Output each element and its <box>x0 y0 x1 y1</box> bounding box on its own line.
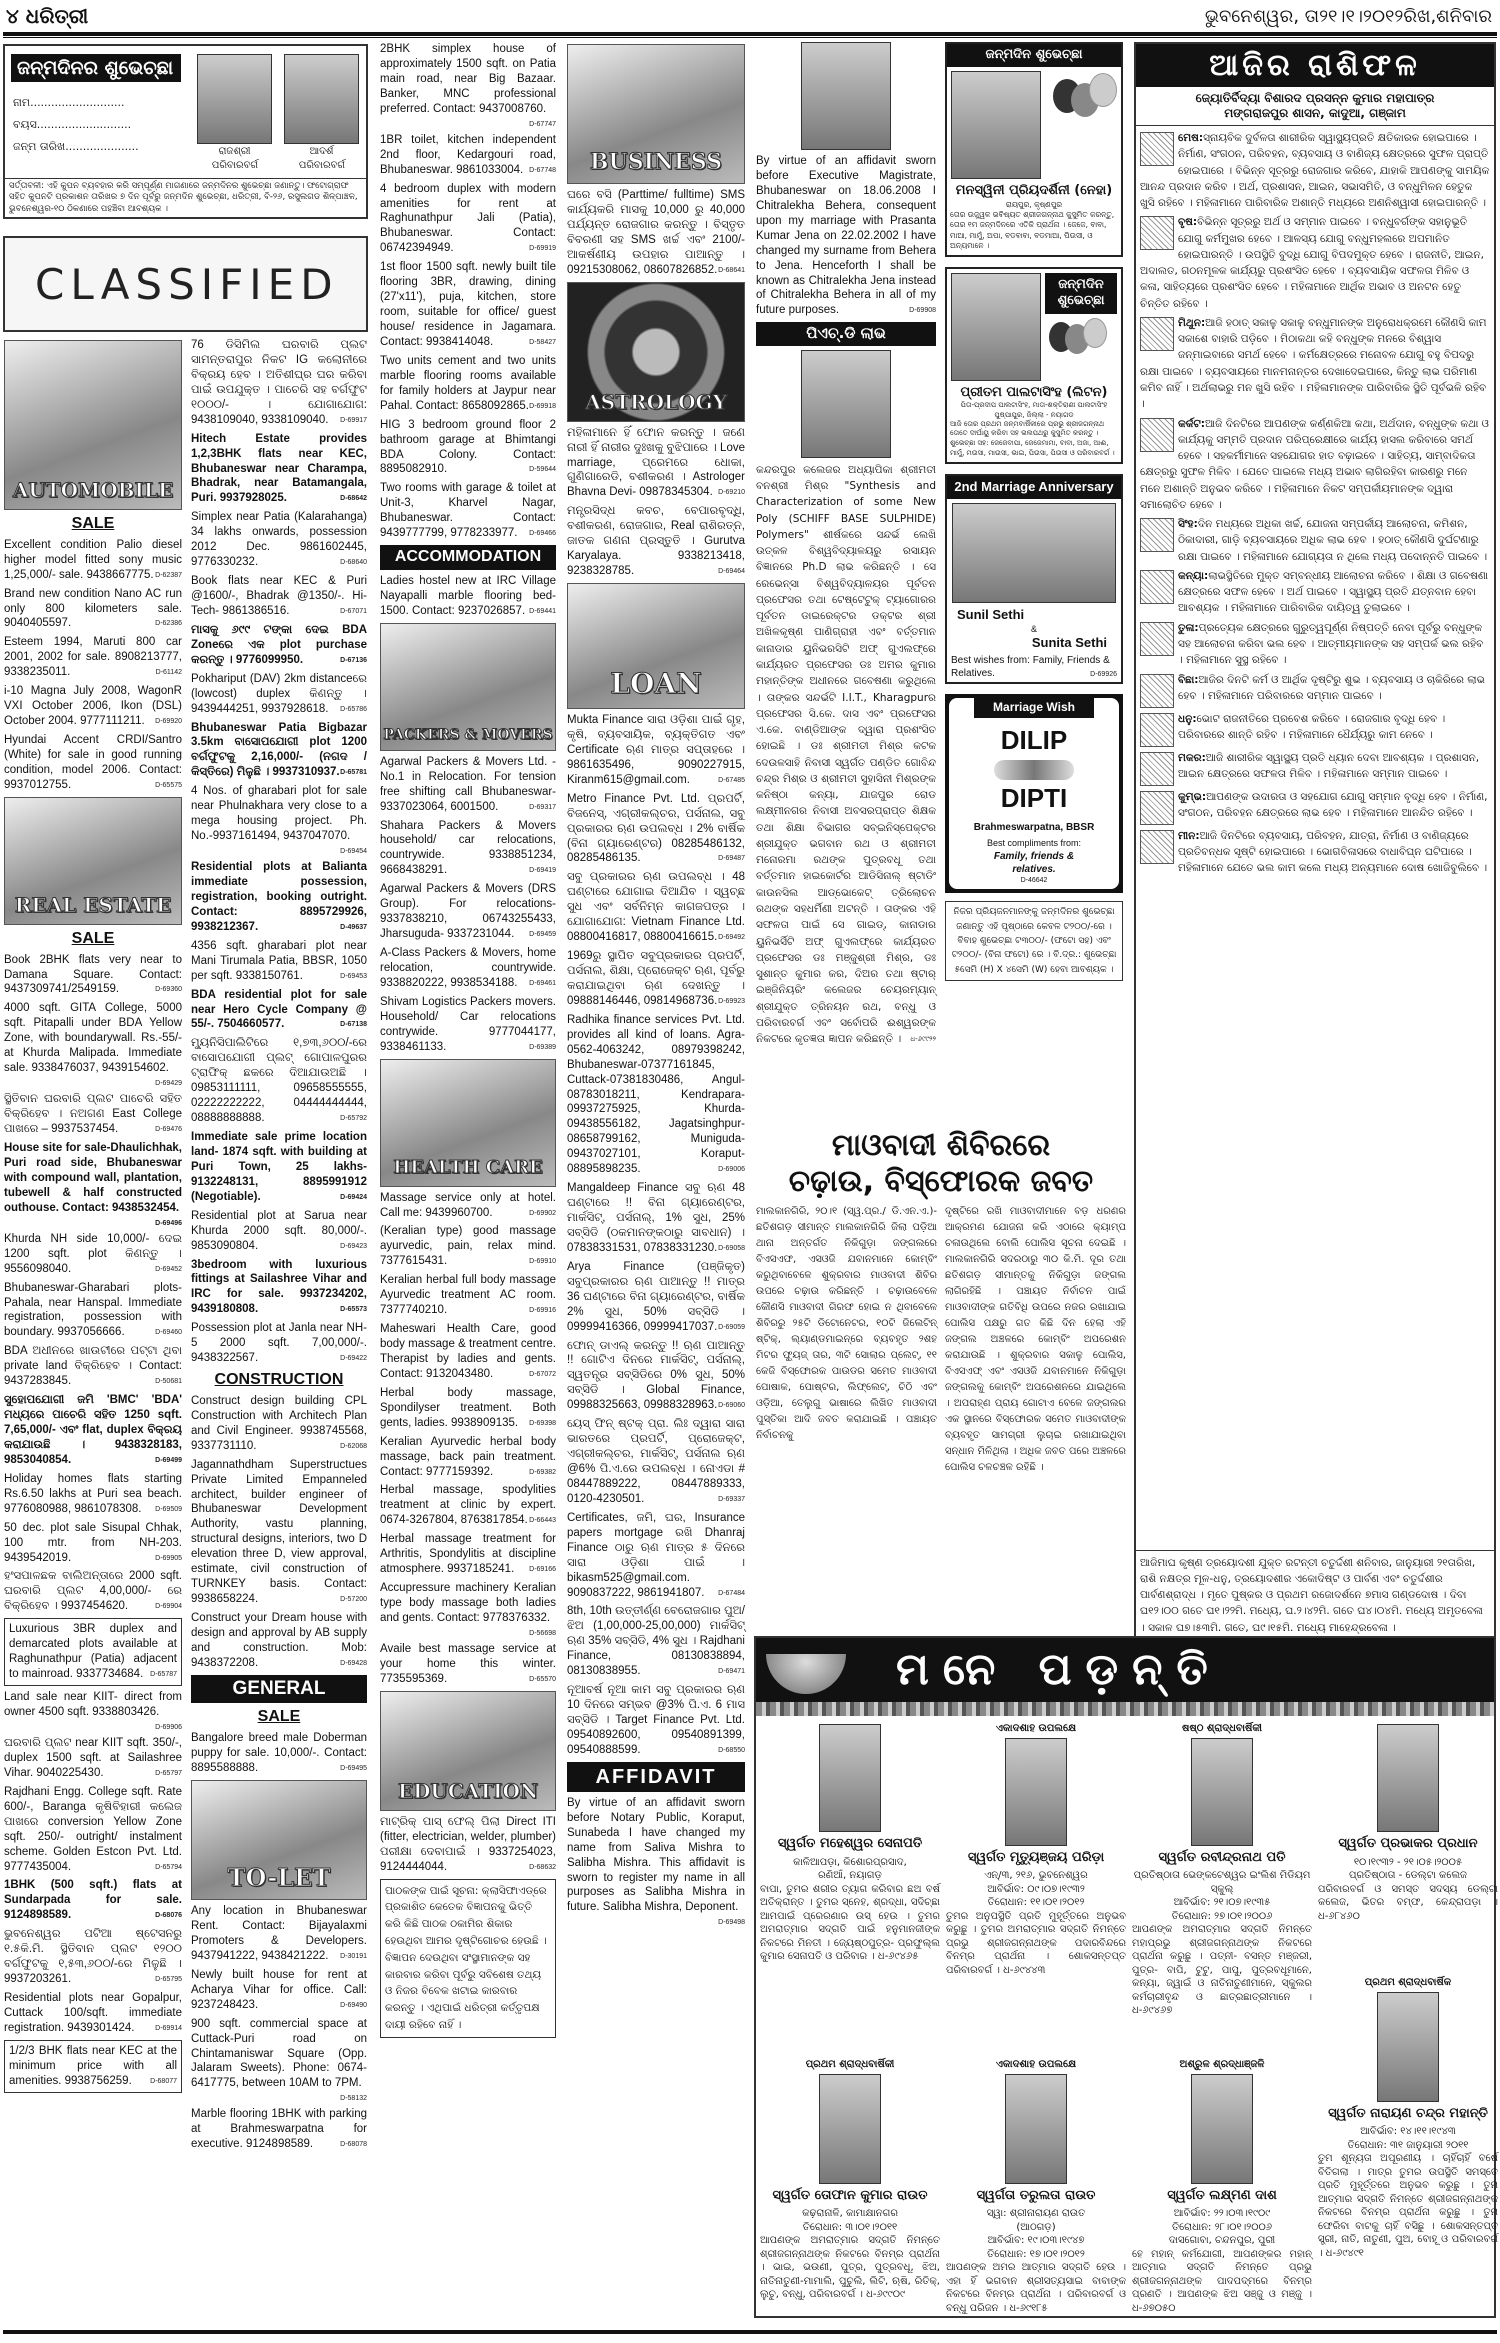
zodiac-sign: କର୍କଟ:ଆଜି ଦିନଟିରେ ଆପଣଙ୍କ କର୍ଣ୍ଣକିଆ କଥା, … <box>1140 416 1490 514</box>
classified-ad: 1BR toilet, kitchen independent 2nd floo… <box>380 133 556 178</box>
bday2-name: ପ୍ରୀତମ ପାଲଟାସିଂହ (ଲିଟନ) <box>947 385 1121 402</box>
headline-line-1: ମାଓବାଦୀ ଶିବିରରେ <box>756 1128 1126 1164</box>
classified-ad: HIG 3 bedroom ground floor 2 bathroom ga… <box>380 418 556 478</box>
classified-ad: Simplex near Patia (Kalarahanga) 34 lakh… <box>191 510 367 570</box>
ad-code: D-69496 <box>155 1219 182 1228</box>
classified-ad: 4356 sqft. gharabari plot near Mani Tiru… <box>191 939 367 984</box>
classified-ad: Possession plot at Janla near NH-5 2000 … <box>191 1321 367 1366</box>
ad-code: D-62387 <box>155 571 182 580</box>
ad-code: D-69920 <box>155 717 182 726</box>
ad-code: D-69210 <box>718 488 745 497</box>
classified-ad: i-10 Magna July 2008, WagonR VXI October… <box>4 684 182 729</box>
ad-code: D-69422 <box>340 1354 367 1363</box>
classified-ad: Newly built house for rent at Acharya Vi… <box>191 1968 367 2013</box>
anniv-name-2: Sunita Sethi <box>947 635 1121 652</box>
column-4: BUSINESS ଘରେ ବସି (Parttime/ fulltime) SM… <box>567 42 745 1931</box>
classified-ad: Book flats near KEC & Puri @1600/-, Bhad… <box>191 574 367 619</box>
classified-ad: Keralian herbal full body massage Ayurve… <box>380 1273 556 1318</box>
bday1-name: ମନସ୍ୱିନୀ ପ୍ରିୟଦର୍ଶିନୀ (ନେହା) <box>947 183 1121 200</box>
classified-ad: Hitech Estate provides 1,2,3BHK flats ne… <box>191 432 367 507</box>
re-sale-heading: SALE <box>4 929 182 950</box>
classified-ad: By virtue of an affidavit sworn before N… <box>567 1796 745 1928</box>
classified-ad: Residential plots near Gopalpur, Cuttack… <box>4 1991 182 2036</box>
ad-code: D-67747 <box>529 120 556 129</box>
classified-ad: Residential plot at Sarua near Khurda 20… <box>191 1209 367 1254</box>
ad-code: D-69453 <box>340 972 367 981</box>
obituary-item: ଏକାଦଶାହ ଉପଲକ୍ଷେସ୍ୱର୍ଗତା ତରୁଲତା ରାଉତସ୍ୱା:… <box>946 2058 1126 2315</box>
deceased-name: ସ୍ୱର୍ଗତ ମୃତ୍ୟୁଞ୍ଜୟ ପରିଡ଼ା <box>946 1849 1126 1867</box>
column-6: ଜନ୍ମଦିନ ଶୁଭେଚ୍ଛା ମନସ୍ୱିନୀ ପ୍ରିୟଦର୍ଶିନୀ (… <box>945 42 1123 985</box>
ad-code: D-50681 <box>155 1377 182 1386</box>
deceased-name: ସ୍ୱର୍ଗତ ନାରାୟଣ ଚନ୍ଦ୍ର ମହାନ୍ତି <box>1318 2105 1498 2123</box>
classified-ad: 900 sqft. commercial space at Cuttack-Pu… <box>191 2017 367 2104</box>
header-rule <box>3 32 1497 38</box>
classified-ad: A-Class Packers & Movers, home relocatio… <box>380 946 556 991</box>
ad-code: D-69441 <box>529 607 556 616</box>
zodiac-sign: ମୀନ:ଆଜି ଦିନଟିରେ ବ୍ୟବସାୟ, ପରିବହନ, ଯାତ୍ରା,… <box>1140 828 1490 877</box>
business-ads-list: ଘରେ ବସି (Parttime/ fulltime) SMS କାର୍ଯ୍ୟ… <box>567 188 745 278</box>
ad-code: D-65786 <box>340 705 367 714</box>
classified-ad: ସ୍ଥିତିବାନ ଘରବାରି ପ୍ଲଟ ପାଚେରି ସହିତ ବିକ୍ରି… <box>4 1092 182 1137</box>
ad-code: D-69059 <box>718 1323 745 1332</box>
accommodation-ads-list: Ladies hostel new at IRC Village Nayapal… <box>380 574 556 619</box>
packers-ads-list: Agarwal Packers & Movers Ltd. - No.1 in … <box>380 755 556 1055</box>
accommodation-banner: ACCOMMODATION <box>380 545 556 570</box>
deceased-name: ସ୍ୱର୍ଗତ ପ୍ରଭାକର ପ୍ରଧାନ <box>1318 1835 1498 1853</box>
zodiac-sign: କୁମ୍ଭ:ଆପଣଙ୍କ ଉଦାରତା ଓ ସହଯୋଗ ଯୋଗୁ ସମ୍ମାନ … <box>1140 789 1490 825</box>
oil-lamp-icon <box>766 1654 846 1694</box>
ad-code: D-66443 <box>529 1516 556 1525</box>
ad-code: D-69419 <box>529 866 556 875</box>
ad-code: D-65794 <box>155 1863 182 1872</box>
obituary-item: ସ୍ୱର୍ଗତ ମହେଶ୍ୱର ସେନାପତିକାଳିଆପଡ଼ା, କିଶୋରପ… <box>760 1722 940 1964</box>
deceased-name: ସ୍ୱର୍ଗତ ରବୀନ୍ଦ୍ରନାଥ ପତି <box>1132 1849 1312 1867</box>
zodiac-sign: ବିଛା:ଆଜିର ଦିନଟି କର୍ମ ଓ ଆର୍ଥିକ ଦୃଷ୍ଟିରୁ ଶ… <box>1140 672 1490 708</box>
general-banner: GENERAL <box>191 1675 367 1704</box>
affidavit-notice: By virtue of an affidavit sworn before E… <box>756 154 936 318</box>
obituary-photo <box>1191 2074 1253 2184</box>
zodiac-sign: ମିଥୁନ:ଆଜି ହଠାତ୍ ସକାଳୁ ସକାଳୁ ବନ୍ଧୁମାନଙ୍କ … <box>1140 315 1490 413</box>
anniv-name-1: Sunil Sethi <box>947 607 1121 624</box>
classified-ad: 4 Nos. of gharabari plot for sale near P… <box>191 784 367 856</box>
phd-photo <box>801 350 891 458</box>
loan-image: LOAN <box>567 583 745 709</box>
ad-code: D-69499 <box>155 1456 182 1465</box>
classified-ad: House site for sale-Dhaulichhak, Puri ro… <box>4 1141 182 1228</box>
classified-ad: Herbal body massage, Spondilyser treatme… <box>380 1386 556 1431</box>
groom-name: DILIP <box>949 724 1119 758</box>
ad-code: D-69490 <box>340 2001 367 2010</box>
ad-code: D-69916 <box>529 1306 556 1315</box>
ad-code: D-69487 <box>718 854 745 863</box>
obituary-photo <box>1005 1738 1067 1846</box>
classified-ad: Two units cement and two units marble fl… <box>380 354 556 414</box>
zodiac-icon <box>1140 752 1174 786</box>
news-story: ମାଓବାଦୀ ଶିବିରରେ ଚଢ଼ାଉ, ବିସ୍ଫୋରକ ଜବତ ମାଲକ… <box>756 1128 1126 1476</box>
ad-code: D-69492 <box>718 933 745 942</box>
bday1-title: ଜନ୍ମଦିନ ଶୁଭେଚ୍ଛା <box>947 44 1121 67</box>
obituary-banner: ମନେ ପଡ଼ନ୍ତି <box>756 1638 1494 1716</box>
ad-code: D-67485 <box>718 776 745 785</box>
classified-ad: (Keralian type) good massage ayurvedic, … <box>380 1224 556 1269</box>
ad-code: D-69360 <box>155 985 182 994</box>
classified-ad: Shivam Logistics Packers movers. Househo… <box>380 995 556 1055</box>
ad-code: D-69917 <box>340 416 367 425</box>
ad-code: D-56698 <box>529 1629 556 1638</box>
tolet-image: TO-LET <box>191 1780 367 1900</box>
boxed-ad: Luxurious 3BR duplex and demarcated plot… <box>4 1618 182 1686</box>
zodiac-icon <box>1140 622 1174 656</box>
zodiac-icon <box>1140 570 1174 604</box>
ad-code: D-67071 <box>340 607 367 616</box>
loan-ads-list: Mukta Finance ସାରା ଓଡ଼ିଶା ପାଇଁ ଗୃହ, କୃଷି… <box>567 713 745 1758</box>
healthcare-image: HEALTH CARE <box>380 1059 556 1187</box>
balloons-icon <box>1045 71 1117 179</box>
birthday-wish-1: ଜନ୍ମଦିନ ଶୁଭେଚ୍ଛା ମନସ୍ୱିନୀ ପ୍ରିୟଦର୍ଶିନୀ (… <box>945 42 1123 257</box>
astrologer-name: ଜ୍ୟୋତିର୍ବିଦ୍ୟା ବିଶାରଦ ପ୍ରସନ୍ନ କୁମାର ମହାପ… <box>1136 91 1494 106</box>
classified-ad: Bhubaneswar Patia Bigbazar 3.5km ବାସୋପଯୋ… <box>191 721 367 781</box>
date-line: ଭୁବନେଶ୍ୱର, ତା୨୧।୧।୨୦୧୨ରିଖ,ଶନିବାର <box>1205 6 1492 27</box>
classified-ad: 1st floor 1500 sqft. newly built tile fl… <box>380 260 556 350</box>
zodiac-sign: ମେଷ:ସ୍ନାୟବିକ ଦୁର୍ବଳତା ଶାରୀରିକ ସ୍ୱାସ୍ଥ୍ୟପ… <box>1140 130 1490 211</box>
classified-ad: Rajdhani Engg. College sqft. Rate 600/-,… <box>4 1785 182 1875</box>
classified-ad: 50 dec. plot sale Sisupal Chhak, 100 mtr… <box>4 1521 182 1566</box>
ad-code: D-65575 <box>155 781 182 790</box>
column-5: By virtue of an affidavit sworn before E… <box>756 42 936 1051</box>
ad-code: D-69424 <box>340 1193 367 1202</box>
zodiac-sign: ଧନୁ:ଭୋଟ ରାଜନୀତିରେ ପ୍ରବେଶ କରିବେ । ରୋଜଗାର … <box>1140 711 1490 747</box>
zodiac-icon <box>1140 216 1174 250</box>
marriage-wish-ad: Marriage Wish DILIP DIPTI Brahmeswarpatn… <box>945 694 1123 893</box>
classified-ad: ମନ୍ତ୍ରସିଦ୍ଧ କବଚ, ବେପାରବୃଦ୍ଧି, ବଶୀକରଣ, ରୋ… <box>567 504 745 579</box>
classified-ad: Residential plots at Balianta immediate … <box>191 860 367 935</box>
ad-code: D-49637 <box>340 923 367 932</box>
classified-ad: Any location in Bhubaneswar Rent. Contac… <box>191 1904 367 1964</box>
classified-ad: Book 2BHK flats very near to Damana Squa… <box>4 953 182 998</box>
classified-ad: ଘରବାରି ପ୍ଲଟ near KIIT sqft. 350/-, duple… <box>4 1736 182 1781</box>
ad-code: D-69058 <box>718 1244 745 1253</box>
classified-ad: 4 bedroom duplex with modern amenities f… <box>380 182 556 257</box>
ad-code: D-57200 <box>340 1595 367 1604</box>
ad-code: D-65795 <box>155 1975 182 1984</box>
ad-code: D-68076 <box>155 1911 182 1920</box>
ad-code: D-58427 <box>529 338 556 347</box>
obituary-item: ସ୍ୱର୍ଗତ ପ୍ରଭାକର ପ୍ରଧାନ୧୦।୧୯୩୨ - ୨୧।୦୫।୨୦… <box>1318 1722 1498 1923</box>
classified-ad: Mukta Finance ସାରା ଓଡ଼ିଶା ପାଇଁ ଗୃହ, କୃଷି… <box>567 713 745 788</box>
classified-ad: ହଂସପାଳଛକ ବାଲିଅନ୍ତାରେ 2000 sqft. ଘରବାରି ପ… <box>4 1569 182 1614</box>
classified-ad: Land sale near KIIT- direct from owner 4… <box>4 1690 182 1732</box>
realestate-image: REAL ESTATE <box>4 797 182 925</box>
ad-code: D-68641 <box>718 266 745 275</box>
phd-banner: ପିଏଚ୍.ଡି ଲାଭ <box>756 322 936 346</box>
ad-code: D-69454 <box>340 847 367 856</box>
real-estate-ads-list: Book 2BHK flats very near to Damana Squa… <box>4 953 182 1615</box>
ad-code: D-69466 <box>529 529 556 538</box>
classified-ad: 1BHK (500 sqft.) flats at Sundarpada for… <box>4 1878 182 1923</box>
ad-code: D-69461 <box>529 979 556 988</box>
ad-code: D-69060 <box>718 1401 745 1410</box>
classified-ad: ମହିଳାମାନେ ହିଁ ଫୋନ କରନ୍ତୁ । ଜଣେ ନାରୀ ହିଁ … <box>567 426 745 501</box>
phd-text: କନ୍ଦରପୁର କଲେଜର ଅଧ୍ୟାପିକା ଶ୍ରୀମତୀ ବନଶ୍ରୀ … <box>756 462 936 1048</box>
ad-code: D-69382 <box>529 1468 556 1477</box>
health-ads-list: Massage service only at hotel. Call me: … <box>380 1191 556 1687</box>
classified-ad: Construct design building CPL Constructi… <box>191 1394 367 1454</box>
affidavit-photo <box>801 42 891 150</box>
obituary-item: ଷଷ୍ଠ ଶ୍ରାଦ୍ଧବାର୍ଷିକୀସ୍ୱର୍ଗତ ରବୀନ୍ଦ୍ରନାଥ … <box>1132 1722 1312 2018</box>
obituary-item: ପ୍ରଥମ ଶ୍ରାଦ୍ଧବାର୍ଷିକୀସ୍ୱର୍ଗତ ତୋଫାନ କୁମାର… <box>760 2058 940 2302</box>
classified-ad: Immediate sale prime location land- 1874… <box>191 1130 367 1205</box>
classified-ad: Pokhariput (DAV) 2km distanceରେ (lowcost… <box>191 672 367 717</box>
classified-ad: Bhubaneswar-Gharabari plots-Pahala, near… <box>4 1281 182 1341</box>
headline-line-2: ଚଢ଼ାଉ, ବିସ୍ଫୋରକ ଜବତ <box>756 1164 1126 1200</box>
classified-ad: Agarwal Packers & Movers Ltd. - No.1 in … <box>380 755 556 815</box>
ad-code: D-69471 <box>718 1667 745 1676</box>
column-3: 2BHK simplex house of approximately 1500… <box>380 42 556 2042</box>
obituary-photo <box>819 2074 881 2184</box>
reader-notice: ପାଠକଙ୍କ ପାଇଁ ସୂଚନା: କ୍ଲାସିଫାଏଡ୍‌ରେ ପ୍ରକା… <box>380 1879 556 2038</box>
ad-code: D-65797 <box>155 1769 182 1778</box>
classified-ad: ଭୁବନେଶ୍ୱର ପଟିଆ ଷ୍ଟେସନରୁ ୧.୫କି.ମି. ସ୍ଥିତି… <box>4 1927 182 1987</box>
ad-code: D-69509 <box>155 1505 182 1514</box>
ad-code: D-65570 <box>529 1675 556 1684</box>
ad-code: D-68078 <box>340 2140 367 2149</box>
astrologer-address: ମଙ୍ଗରାଜପୁର ଶାସନ, କାଦୁଆ, ଗଞ୍ଜାମ <box>1136 106 1494 126</box>
classified-ad: Radhika finance services Pvt. Ltd. provi… <box>567 1013 745 1177</box>
coupon-title: ଜନ୍ମଦିନର ଶୁଭେଚ୍ଛା <box>11 54 181 82</box>
bday1-photo <box>951 71 1041 179</box>
classified-ad: ମାଟ୍ରିକ୍ ପାସ୍ ଫେଲ୍ ପିଲା Direct ITI (fitt… <box>380 1815 556 1875</box>
coupon-field-age: ବୟସ........................... <box>13 118 131 132</box>
handshake-icon <box>994 760 1074 780</box>
child-family-1: ପରିବାରବର୍ଗ <box>190 160 280 171</box>
page-header: ୪ ଧରିତ୍ରୀ ଭୁବନେଶ୍ୱର, ତା୨୧।୧।୨୦୧୨ରିଖ,ଶନିବ… <box>0 0 1500 36</box>
child-photo-2 <box>284 54 359 144</box>
obituary-photo <box>1377 1992 1439 2102</box>
story-column-a: ମାଲକାନଗିରି, ୨୦।୧ (ସ୍ୱ.ପ୍ର./ ଡି.ଏନ.ଏ.)-ଛତ… <box>756 1204 937 1476</box>
ad-code: D-69914 <box>155 2024 182 2033</box>
ad-code: D-67484 <box>718 1589 745 1598</box>
deceased-name: ସ୍ୱର୍ଗତ ମହେଶ୍ୱର ସେନାପତି <box>760 1835 940 1853</box>
ad-code: D-68642 <box>340 494 367 503</box>
education-ads-list: ମାଟ୍ରିକ୍ ପାସ୍ ଫେଲ୍ ପିଲା Direct ITI (fitt… <box>380 1815 556 1875</box>
zodiac-sign: ବୃଷ:ବିଭିନ୍ନ ସୂତ୍ରରୁ ଅର୍ଥ ଓ ସମ୍ମାନ ପାଇବେ … <box>1140 214 1490 312</box>
ad-code: D-67748 <box>529 166 556 175</box>
classified-ad: ଫୋନ୍ ଡାଏଲ୍ କରନ୍ତୁ !! ଋଣ ପାଆନ୍ତୁ !! ଗୋଟିଏ… <box>567 1339 745 1414</box>
ad-code: D-61142 <box>156 668 182 677</box>
ad-code: D-69918 <box>529 402 556 411</box>
rates-box: ନିଜର ପ୍ରିୟଜନମାନଙ୍କୁ ଜନ୍ମଦିନର ଶୁଭେଚ୍ଛା ଜଣ… <box>945 901 1123 981</box>
classified-ad: ଘରେ ବସି (Parttime/ fulltime) SMS କାର୍ଯ୍ୟ… <box>567 188 745 278</box>
ad-code: D-65781 <box>340 768 367 777</box>
classified-ad: Keralian Ayurvedic herbal body massage, … <box>380 1435 556 1480</box>
bday2-photo <box>951 273 1041 381</box>
general-ads-list: Bangalore breed male Doberman puppy for … <box>191 1731 367 1776</box>
ad-code: D-69429 <box>155 1079 182 1088</box>
ad-code: D-62386 <box>155 619 182 628</box>
automobile-image: AUTOMOBILE <box>4 340 182 510</box>
classified-ad: Agarwal Packers & Movers (DRS Group). Fo… <box>380 882 556 942</box>
zodiac-icon <box>1140 713 1174 747</box>
classified-ad: 4000 sqft. GITA College, 5000 sqft. Pita… <box>4 1001 182 1088</box>
classified-ad: ମାସକୁ ୬୯୯ ଟଙ୍କା ଦେଇ BDA Zoneରେ ଏକ plot p… <box>191 623 367 668</box>
classified-ad: Hyundai Accent CRDI/Santro (White) for s… <box>4 733 182 793</box>
classified-ad: BDA residential plot for sale near Hero … <box>191 988 367 1033</box>
classified-ad: Accupressure machinery Keralian type bod… <box>380 1581 556 1638</box>
ad-code: D-69910 <box>529 1257 556 1266</box>
classified-ad: Herbal massage treatment for Arthritis, … <box>380 1532 556 1577</box>
classified-logo: CLASSIFIED <box>3 236 368 332</box>
classified-ad: Khurda NH side 10,000/- ଦେଇ 1200 sqft. p… <box>4 1232 182 1277</box>
zodiac-icon <box>1140 830 1174 864</box>
birthday-wish-2: ଜନ୍ମଦିନ ଶୁଭେଚ୍ଛା ପ୍ରୀତମ ପାଲଟାସିଂହ (ଲିଟନ)… <box>945 267 1123 464</box>
tolet-ads-list: Any location in Bhubaneswar Rent. Contac… <box>191 1904 367 2152</box>
zodiac-icon <box>1140 132 1174 166</box>
classified-ad: Two rooms with garage & toilet at Unit-3… <box>380 481 556 541</box>
horoscope-section: ଆଜିର ରାଶିଫଳ ଜ୍ୟୋତିର୍ବିଦ୍ୟା ବିଶାରଦ ପ୍ରସନ୍… <box>1134 42 1496 1642</box>
child-name-1: ରାଜଶ୍ରୀ <box>197 146 272 157</box>
business-image: BUSINESS <box>567 44 745 184</box>
bday2-title: ଜନ୍ମଦିନ ଶୁଭେଚ୍ଛା <box>1045 273 1117 315</box>
ad-code: D-59644 <box>529 465 556 474</box>
classified-ad: 2BHK simplex house of approximately 1500… <box>380 42 556 129</box>
ad-code: D-68640 <box>340 558 367 567</box>
classified-logo-text: CLASSIFIED <box>35 260 339 309</box>
classified-ad: Shahara Packers & Movers household/ car … <box>380 819 556 879</box>
ad-code: D-58132 <box>340 2094 367 2103</box>
classified-ad: Mangaldeep Finance ସବୁ ଋଣ 48 ଘଣ୍ଟାରେ !! … <box>567 1181 745 1256</box>
coupon-field-dob: ଜନ୍ମ ତାରିଖ..................... <box>13 140 139 154</box>
classified-ad: Holiday homes flats starting Rs.6.50 lak… <box>4 1472 182 1517</box>
bday1-place: ରାୟପୁର, କୃଷ୍ଣପୁର <box>947 200 1121 210</box>
ad-code: D-69423 <box>340 1242 367 1251</box>
column-2: 76 ଡିସିମିଲ ଘରବାରି ପ୍ଲଟ ସାମନ୍ତରାପୁର ନିକଟ … <box>191 338 367 2156</box>
balloons-icon-2 <box>1045 314 1117 374</box>
general-sale-heading: SALE <box>191 1707 367 1728</box>
obituary-item: ଏକାଦଶାହ ଉପଲକ୍ଷେସ୍ୱର୍ଗତ ମୃତ୍ୟୁଞ୍ଜୟ ପରିଡ଼ା… <box>946 1722 1126 1977</box>
couple-photo <box>952 503 1116 603</box>
page-number: ୪ ଧରିତ୍ରୀ <box>6 4 88 28</box>
obituary-photo <box>1191 1738 1253 1846</box>
anniv-wishes: Best wishes from: Family, Friends & Rela… <box>947 652 1121 682</box>
ad-code: D-69006 <box>718 1165 745 1174</box>
deceased-name: ସ୍ୱର୍ଗତ ଲକ୍ଷ୍ମଣ ଦାଶ <box>1132 2187 1312 2205</box>
classified-ad: ସବୁ ପ୍ରକାରର ଋଣ ଉପଲବ୍ଧ । 48 ଘଣ୍ଟାରେ ଯୋଗାଇ… <box>567 870 745 945</box>
obituary-section: ମନେ ପଡ଼ନ୍ତି ସ୍ୱର୍ଗତ ମହେଶ୍ୱର ସେନାପତିକାଳିଆ… <box>754 1636 1496 2318</box>
coupon-field-name: ନାମ........................... <box>13 96 124 110</box>
classified-ad: Ladies hostel new at IRC Village Nayapal… <box>380 574 556 619</box>
birthday-coupon: ଜନ୍ମଦିନର ଶୁଭେଚ୍ଛା ନାମ...................… <box>3 44 368 188</box>
zodiac-icon <box>1140 518 1174 552</box>
ad-code: D-69923 <box>718 997 745 1006</box>
obituary-photo <box>1005 2074 1067 2184</box>
classified-ad: 8th, 10th ଉତ୍ତୀର୍ଣ୍ଣ ବେରୋଜଗାର ପୁଅ/ ଝିଅ (… <box>567 1604 745 1679</box>
classified-ad: Herbal massage, spodylities treatment at… <box>380 1483 556 1528</box>
ad-code: D-69317 <box>529 803 556 812</box>
ad-code: D-69902 <box>529 1209 556 1218</box>
ad-code: D-67138 <box>340 1020 367 1029</box>
zodiac-sign: କନ୍ୟା:ଲାଭସ୍ଥିତିରେ ମୁକ୍ତ ସମ୍ବନ୍ଧୀୟ ଆଲୋଚନା… <box>1140 568 1490 617</box>
child-family-2: ପରିବାରବର୍ଗ <box>277 160 367 171</box>
ad-code: D-69452 <box>155 1265 182 1274</box>
classified-ad: BDA ଅଧୀନରେ ଖାଉଟୀରେ ପଟ୍ଟା ଥିବା private la… <box>4 1344 182 1389</box>
obituary-item: ଅଶ୍ରୁଳ ଶ୍ରଦ୍ଧାଞ୍ଜଳିସ୍ୱର୍ଗତ ଲକ୍ଷ୍ମଣ ଦାଶଆବ… <box>1132 2058 1312 2315</box>
classified-ad: 3bedroom with luxurious fittings at Sail… <box>191 1258 367 1318</box>
affidavit-banner: AFFIDAVIT <box>567 1762 745 1792</box>
coupon-terms: ସର୍ତ୍ତାବଳୀ: ଏହି କୁପନ ବ୍ୟବହାର କରି ସମ୍ପୂର୍… <box>3 178 368 219</box>
ad-code: D-69495 <box>340 1764 367 1773</box>
ad-code: D-65792 <box>340 1114 367 1123</box>
deceased-name: ସ୍ୱର୍ଗତା ତରୁଲତା ରାଉତ <box>946 2187 1126 2205</box>
classified-ad: Brand new condition Nano AC run only 800… <box>4 587 182 632</box>
packers-image: PACKERS & MOVERS <box>380 623 556 751</box>
classified-ad: Construct your Dream house with design a… <box>191 1611 367 1671</box>
col3-ads-list: 2BHK simplex house of approximately 1500… <box>380 42 556 541</box>
anniversary-ad: 2nd Marriage Anniversary Sunil Sethi & S… <box>945 474 1123 684</box>
classified-ad: ୟେସ୍ ଫିନ୍ ଷ୍ଟକ୍ ପ୍ରା. ଲିଃ ଦ୍ୱାରା ସାରା ଭା… <box>567 1417 745 1507</box>
panchang: ଆଜିମାଘ କୃଷ୍ଣ ତ୍ରୟୋଦଶୀ ଯୁକ୍ତ ରଟନ୍ତୀ ଚତୁର୍… <box>1136 1550 1494 1640</box>
classified-ad: ମ୍ୟୁନିସିପାଲିଟିରେ ୧,୭୩,୬୦୦/-ରେ ବାସୋପଯୋଗୀ … <box>191 1036 367 1126</box>
ad-code: D-62068 <box>340 1442 367 1451</box>
ad-code: D-67072 <box>529 1370 556 1379</box>
classified-ad: Esteem 1994, Maruti 800 car 2001, 2002 f… <box>4 635 182 680</box>
ad-code: D-69459 <box>529 930 556 939</box>
classified-ad: Availe best massage service at your home… <box>380 1642 556 1687</box>
deceased-name: ସ୍ୱର୍ଗତ ତୋଫାନ କୁମାର ରାଉତ <box>760 2187 940 2205</box>
zodiac-sign: ତୁଳା:ପ୍ରତ୍ୟେକ କ୍ଷେତ୍ରରେ ଗୁରୁତ୍ୱପୂର୍ଣ୍ଣ ନ… <box>1140 620 1490 669</box>
ad-code: D-69905 <box>155 1554 182 1563</box>
anniversary-title: 2nd Marriage Anniversary <box>947 476 1121 499</box>
zodiac-sign: ସିଂହ:ଦିନ ମଧ୍ୟରେ ଅଧିକା ଖର୍ଚ୍ଚ, ଯୋଜନା ସମ୍ପ… <box>1140 516 1490 565</box>
obituary-photo <box>1377 1724 1439 1832</box>
ad-code: D-69428 <box>340 1659 367 1668</box>
obituary-item: ପ୍ରଥମ ଶ୍ରାଦ୍ଧବାର୍ଷିକସ୍ୱର୍ଗତ ନାରାୟଣ ଚନ୍ଦ୍… <box>1318 1976 1498 2260</box>
zodiac-icon <box>1140 317 1174 351</box>
ad-code: D-68550 <box>718 1746 745 1755</box>
bride-name: DIPTI <box>949 782 1119 816</box>
bday2-text: ଆଜି ତୋର ପ୍ରଥମ ଜନ୍ମବାର୍ଷିକୀରେ ପ୍ରଭୁ ଶ୍ରୀଜ… <box>947 420 1121 462</box>
ad-code: D-65573 <box>340 1305 367 1314</box>
zodiac-sign: ମକର:ଆଜି ଶାରୀରିକ ସ୍ୱାସ୍ଥ୍ୟ ପ୍ରତି ଧ୍ୟାନ ଦେ… <box>1140 750 1490 786</box>
classified-ad: Massage service only at hotel. Call me: … <box>380 1191 556 1221</box>
zodiac-list: ମେଷ:ସ୍ନାୟବିକ ଦୁର୍ବଳତା ଶାରୀରିକ ସ୍ୱାସ୍ଥ୍ୟପ… <box>1136 126 1494 883</box>
ad-code: D-68632 <box>529 1863 556 1872</box>
construction-ads-list: Construct design building CPL Constructi… <box>191 1394 367 1671</box>
ad-code: D-69398 <box>529 1419 556 1428</box>
ad-code: D-69460 <box>155 1328 182 1337</box>
ad-code: D-69904 <box>155 1602 182 1611</box>
ad-code: D-69476 <box>155 1125 182 1134</box>
classified-ad: ନୂଆବର୍ଷ ନୂଆ କାମ ସବୁ ପ୍ରକାରର ଋଣ 10 ଦିନରେ … <box>567 1683 745 1758</box>
ad-code: D-69919 <box>529 244 556 253</box>
classified-ad: Excellent condition Palio diesel higher … <box>4 538 182 583</box>
bday2-parents: ପିତା-ପ୍ରଦୀପ ପାଲଟାସିଂହ, ମାତା-ଶକ୍ତିରାଣୀ ପା… <box>947 401 1121 410</box>
astrology-image: ASTROLOGY <box>567 282 745 422</box>
marriage-wish-title: Marriage Wish <box>974 698 1094 718</box>
story-column-b: ଦୃଷ୍ଟିରେ ରଖି ମାଓବାଦୀମାନେ ବଡ଼ ଧରଣର ଆକ୍ରମଣ… <box>945 1204 1126 1476</box>
flower-border <box>756 1702 1494 1716</box>
real-estate-ads-list-2: Land sale near KIIT- direct from owner 4… <box>4 1690 182 2036</box>
zodiac-icon <box>1140 674 1174 708</box>
ad-code: D-69166 <box>529 1565 556 1574</box>
classified-ad: 1969ରୁ ସ୍ଥାପିତ ସବୁପ୍ରକାରର ପ୍ରପର୍ଟି, ପର୍ସ… <box>567 949 745 1009</box>
footer-rule <box>3 2330 1497 2336</box>
construction-heading: CONSTRUCTION <box>191 1370 367 1391</box>
col2-ads-list: 76 ଡିସିମିଲ ଘରବାରି ପ୍ଲଟ ସାମନ୍ତରାପୁର ନିକଟ … <box>191 338 367 1366</box>
boxed-ad-2: 1/2/3 BHK flats near KEC at the minimum … <box>4 2040 182 2093</box>
zodiac-icon <box>1140 791 1174 825</box>
ad-code: D-69498 <box>718 1918 745 1927</box>
auto-ads-list: Excellent condition Palio diesel higher … <box>4 538 182 793</box>
